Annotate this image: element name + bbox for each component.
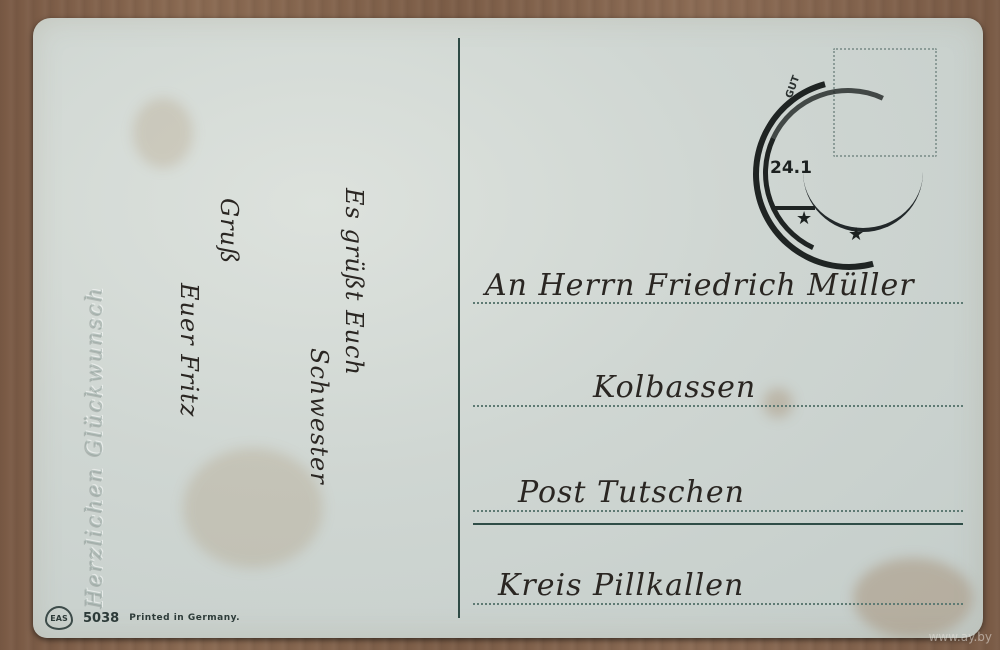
stain [763, 388, 793, 418]
stain [133, 98, 193, 168]
message-greeting: Gruß [215, 198, 243, 264]
address-post: Post Tutschen [518, 475, 745, 510]
address-underline [473, 523, 963, 525]
stain [853, 558, 973, 638]
printed-in-label: Printed in Germany. [129, 613, 240, 623]
address-district: Kreis Pillkallen [498, 568, 744, 603]
postmark-date: 24.1 [770, 158, 812, 178]
address-village: Kolbassen [593, 370, 756, 405]
address-recipient: An Herrn Friedrich Müller [485, 268, 915, 303]
card-number: 5038 [83, 611, 119, 626]
stain [183, 448, 323, 568]
message-signature: Euer Fritz [175, 283, 203, 417]
message-line-1: Es grüßt Euch [340, 188, 368, 376]
publisher-logo-icon: EAS [45, 606, 73, 630]
address-line-4 [473, 603, 963, 605]
site-watermark: www.ay.by [929, 630, 992, 644]
printer-imprint: EAS 5038 Printed in Germany. [45, 606, 240, 630]
vertical-divider [458, 38, 460, 618]
embossed-greeting: Herzlichen Glückwunsch [83, 286, 108, 608]
star-icon: ★ [848, 226, 864, 244]
address-line-3 [473, 510, 963, 512]
message-line-2: Schwester [305, 348, 333, 485]
postcard: Herzlichen Glückwunsch GUT 24.1 ★ ★ An H… [33, 18, 983, 638]
star-icon: ★ [796, 210, 812, 228]
address-line-2 [473, 405, 963, 407]
